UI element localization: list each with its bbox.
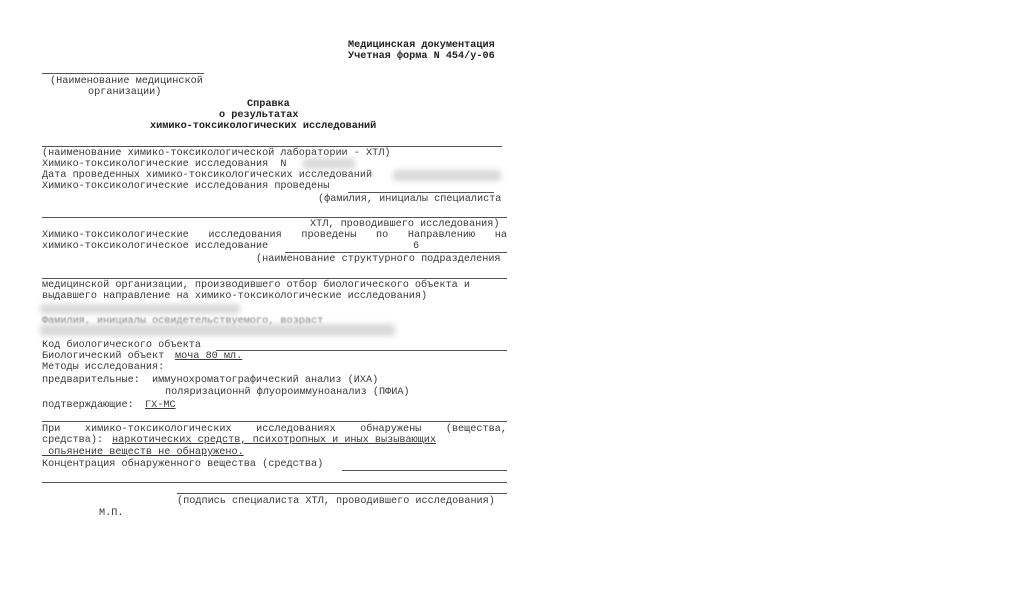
referral-word: по bbox=[376, 230, 388, 241]
found-value-2: опьянение веществ не обнаружено. bbox=[42, 447, 244, 458]
signature-line bbox=[177, 493, 507, 494]
bio-object-value: моча 80 мл. bbox=[175, 351, 242, 362]
found-line2-label: средства): bbox=[42, 435, 103, 446]
referral-word: исследования bbox=[208, 230, 281, 241]
title-line3: химико-токсикологических исследований bbox=[150, 121, 376, 132]
preliminary-method-2: поляризационнй флуороиммуноанализ (ПФИА) bbox=[165, 387, 410, 398]
unit-caption: (наименование структурного подразделения bbox=[256, 254, 501, 265]
referral-number: 6 bbox=[413, 241, 419, 252]
org-caption-1: медицинской организации, производившего … bbox=[42, 280, 470, 291]
bio-code-line bbox=[216, 350, 507, 351]
specialist-line bbox=[348, 192, 494, 193]
title-line2: о результатах bbox=[219, 110, 298, 121]
confirming-value: ГХ-МС bbox=[145, 400, 176, 411]
referral-number-line bbox=[285, 252, 507, 253]
found-word: (вещества, bbox=[446, 424, 507, 435]
concentration-line-2 bbox=[42, 482, 507, 483]
specialist-caption-1: (фамилия, инициалы специалиста bbox=[318, 194, 501, 205]
found-word: обнаружены bbox=[360, 424, 421, 435]
header-form-number: Учетная форма N 454/у-06 bbox=[348, 51, 495, 62]
redacted-person bbox=[40, 324, 395, 336]
found-word: исследованиях bbox=[256, 424, 335, 435]
separator-line bbox=[42, 421, 507, 422]
concentration-label: Концентрация обнаруженного вещества (сре… bbox=[42, 459, 323, 470]
redacted-research-number bbox=[303, 158, 355, 169]
referral-line-2: химико-токсикологическое исследование bbox=[42, 241, 268, 252]
referral-word: Направлению bbox=[408, 230, 475, 241]
confirming-label: подтверждающие: bbox=[42, 400, 134, 411]
specialist-line-2 bbox=[42, 217, 507, 218]
org-caption-line1: (Наименование медицинской bbox=[50, 76, 203, 87]
redacted-date bbox=[393, 170, 501, 181]
org-name-line bbox=[42, 73, 204, 74]
found-line-1: При химико-токсикологических исследовани… bbox=[42, 424, 507, 435]
org-caption-2: выдавшего направление на химико-токсикол… bbox=[42, 291, 427, 302]
redacted-line bbox=[40, 304, 240, 314]
org-caption-line2: организации) bbox=[88, 87, 161, 98]
specialist-caption-2: ХТЛ, проводившего исследования) bbox=[310, 219, 500, 230]
title-line1: Справка bbox=[247, 99, 290, 110]
found-value-1: наркотических средств, психотропных и ин… bbox=[112, 435, 436, 446]
research-number-label: Химико-токсикологические исследования N bbox=[42, 159, 287, 170]
concentration-line bbox=[342, 470, 507, 471]
preliminary-label: предварительные: bbox=[42, 375, 140, 386]
found-word: химико-токсикологических bbox=[85, 424, 232, 435]
date-label: Дата проведенных химико-токсикологически… bbox=[42, 170, 372, 181]
preliminary-method-1: иммунохроматографический анализ (ИХА) bbox=[152, 375, 378, 386]
referral-word: проведены bbox=[301, 230, 356, 241]
stamp-label: М.П. bbox=[99, 508, 123, 519]
bio-code-label: Код биологического объекта bbox=[42, 340, 201, 351]
found-word: При bbox=[42, 424, 60, 435]
referral-word: Химико-токсикологические bbox=[42, 230, 189, 241]
methods-label: Методы исследования: bbox=[42, 362, 164, 373]
medical-certificate-document: Медицинская документация Учетная форма N… bbox=[0, 0, 1024, 590]
header-doc-type: Медицинская документация bbox=[348, 40, 495, 51]
bio-object-label: Биологический объект bbox=[42, 351, 164, 362]
lab-name-line bbox=[42, 146, 502, 147]
referral-word: на bbox=[495, 230, 507, 241]
signature-caption: (подпись специалиста ХТЛ, проводившего и… bbox=[177, 496, 495, 507]
referral-line-1: Химико-токсикологические исследования пр… bbox=[42, 230, 507, 241]
conducted-label: Химико-токсикологические исследования пр… bbox=[42, 181, 329, 192]
unit-line bbox=[42, 278, 507, 279]
